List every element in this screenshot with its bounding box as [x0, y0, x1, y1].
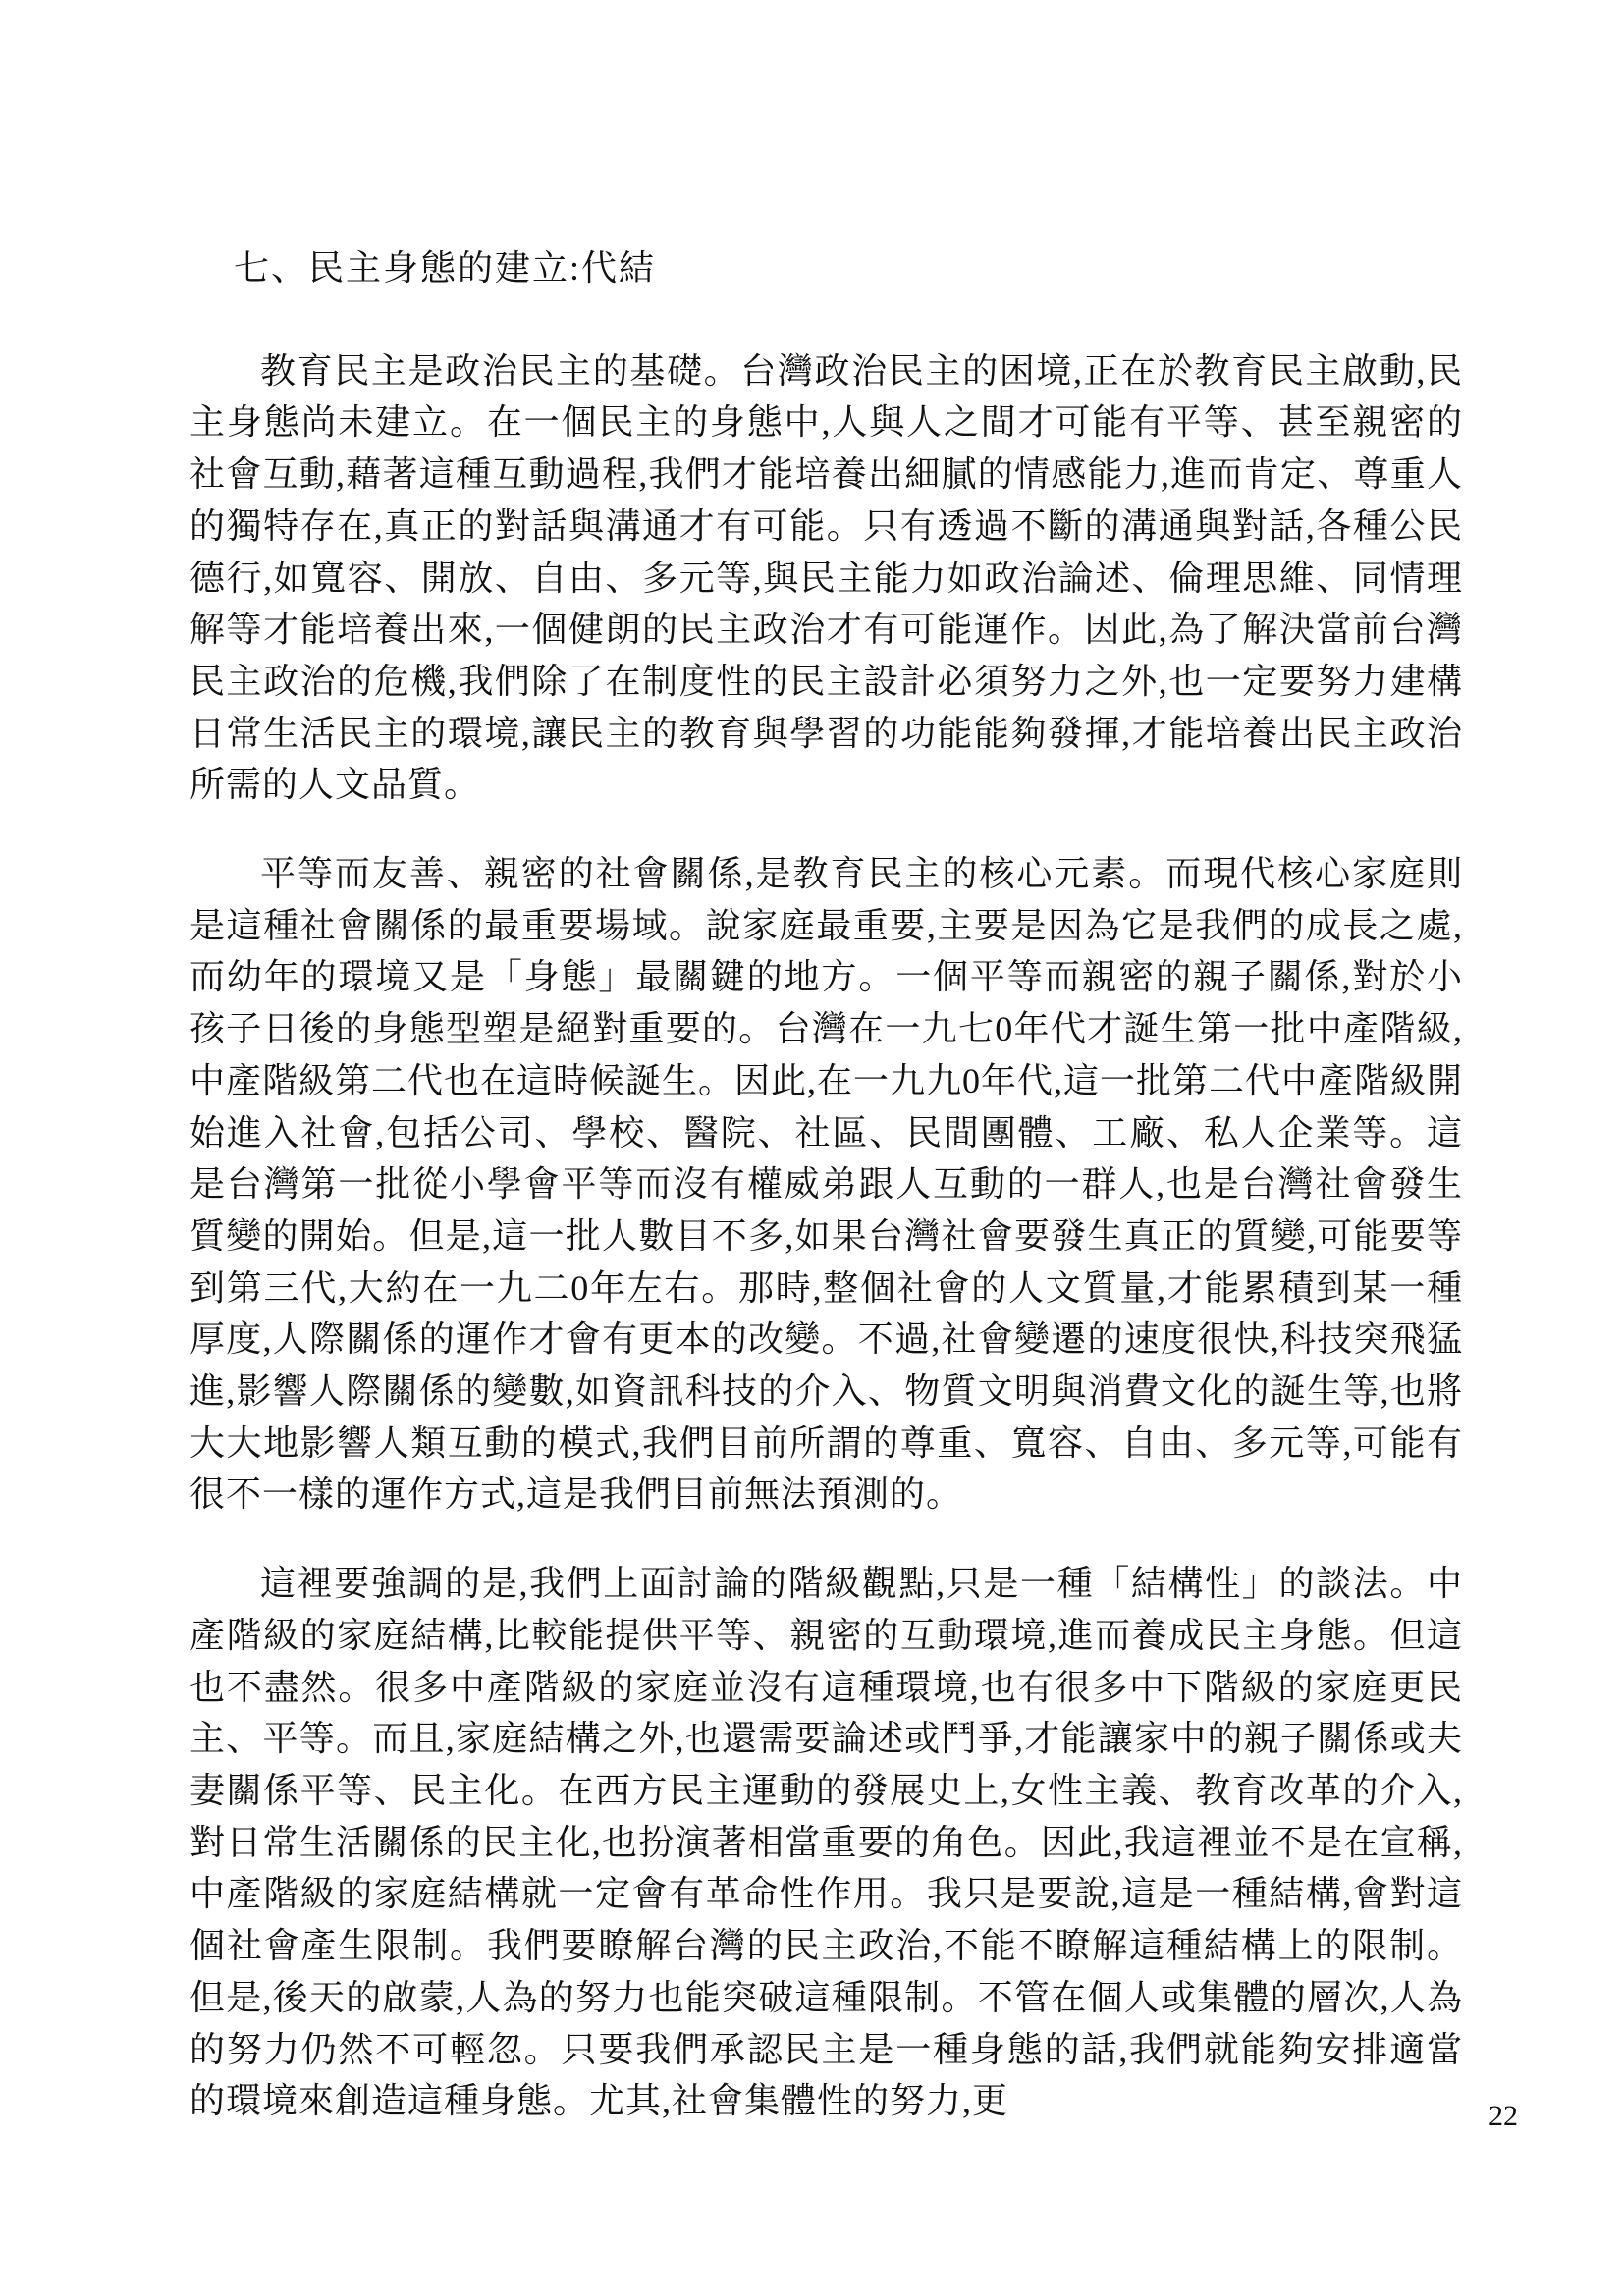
- section-heading: 七、民主身態的建立:代結: [234, 242, 1463, 294]
- body-paragraph: 這裡要強調的是,我們上面討論的階級觀點,只是一種「結構性」的談法。中產階級的家庭…: [189, 1558, 1463, 2127]
- page-number: 22: [1489, 2099, 1518, 2134]
- body-paragraph: 平等而友善、親密的社會關係,是教育民主的核心元素。而現代核心家庭則是這種社會關係…: [189, 848, 1463, 1521]
- document-page: 七、民主身態的建立:代結 教育民主是政治民主的基礎。台灣政治民主的困境,正在於教…: [0, 0, 1624, 2296]
- body-paragraph: 教育民主是政治民主的基礎。台灣政治民主的困境,正在於教育民主啟動,民主身態尚未建…: [189, 346, 1463, 811]
